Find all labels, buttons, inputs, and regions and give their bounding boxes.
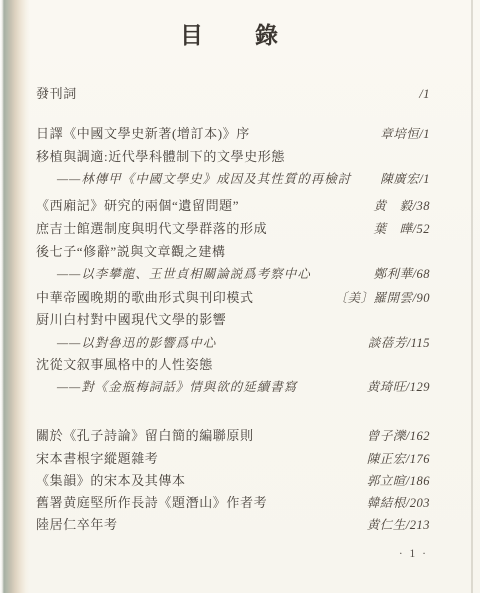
toc-entry-subtitle: ——對《金瓶梅詞話》情與欲的延續書寫 — [57, 379, 297, 396]
toc-entry-subtitle: ——以對魯迅的影響爲中心 — [57, 335, 216, 352]
toc-line: 《西廂記》研究的兩個“遺留問題” 黄 毅/38 — [36, 197, 430, 215]
toc-line: 宋本書根字縱題雜考 陳正宏/176 — [36, 450, 430, 468]
toc-entry-author-page: 陳廣宏/1 — [380, 171, 430, 188]
toc-entry-title: 沈從文叙事風格中的人性姿態 — [36, 356, 213, 373]
toc-line: 沈從文叙事風格中的人性姿態 — [36, 356, 430, 373]
toc-line: 庶吉士館選制度與明代文學群落的形成 葉 曄/52 — [36, 220, 430, 238]
toc-line: 舊署黄庭堅所作長詩《題潛山》作者考 韓結根/203 — [36, 494, 430, 512]
toc-entry-subtitle: ——林傳甲《中國文學史》成因及其性質的再檢討 — [57, 171, 351, 188]
toc-line: 後七子“修辭”説與文章觀之建構 — [36, 243, 430, 260]
toc-entry-title: 移植與調適:近代學科體制下的文學史形態 — [36, 148, 285, 165]
scan-right-edge — [471, 0, 473, 593]
toc-entry-author-page: 韓結根/203 — [367, 495, 430, 512]
toc-entry-title: 《集韻》的宋本及其傳本 — [36, 472, 186, 489]
toc-entry-author-page: 葉 曄/52 — [374, 221, 430, 238]
toc-entry-title: 厨川白村對中國現代文學的影響 — [36, 311, 226, 328]
toc-entry-author-page: 曾子濼/162 — [367, 428, 430, 445]
scanned-toc-page: 目 錄 發刊詞 /1 日譯《中國文學史新著(增訂本)》序 章培恒/1 移植與調適… — [0, 0, 480, 593]
toc-entry-title: 關於《孔子詩論》留白簡的編聯原則 — [36, 427, 254, 444]
toc-entry-subtitle: ——以李攀龍、王世貞相關論説爲考察中心 — [57, 266, 311, 283]
toc-entry-title: 《西廂記》研究的兩個“遺留問題” — [36, 197, 239, 214]
toc-entry-author-page: 陳正宏/176 — [367, 451, 430, 468]
toc-entry-author-page: 章培恒/1 — [380, 126, 430, 143]
toc-line-subtitle: ——以李攀龍、王世貞相關論説爲考察中心 鄭利華/68 — [57, 266, 430, 283]
toc-entry-author-page: /1 — [419, 86, 430, 103]
toc-line: 中華帝國晚期的歌曲形式與刊印模式 〔美〕羅開雲/90 — [36, 289, 430, 307]
toc-entry-author-page: 黄仁生/213 — [367, 517, 430, 534]
toc-entry-author-page: 〔美〕羅開雲/90 — [335, 290, 430, 307]
toc-entry-title: 陸居仁卒年考 — [36, 516, 118, 533]
toc-line: 《集韻》的宋本及其傳本 郭立暄/186 — [36, 472, 430, 490]
toc-line: 厨川白村對中國現代文學的影響 — [36, 311, 430, 328]
toc-entry-title: 宋本書根字縱題雜考 — [36, 450, 158, 467]
toc-line: 移植與調適:近代學科體制下的文學史形態 — [36, 148, 430, 165]
toc-entry-title: 舊署黄庭堅所作長詩《題潛山》作者考 — [36, 494, 267, 511]
toc-entry-author-page: 談蓓芳/115 — [368, 335, 430, 352]
toc-entry-title: 後七子“修辭”説與文章觀之建構 — [36, 243, 226, 260]
toc-line: 陸居仁卒年考 黄仁生/213 — [36, 516, 430, 534]
toc-entry-title: 日譯《中國文學史新著(增訂本)》序 — [36, 125, 250, 142]
toc-entry-title: 中華帝國晚期的歌曲形式與刊印模式 — [36, 289, 254, 306]
toc-line: 發刊詞 /1 — [36, 85, 430, 103]
toc-line: 日譯《中國文學史新著(增訂本)》序 章培恒/1 — [36, 125, 430, 143]
toc-entry-author-page: 黄琦旺/129 — [367, 379, 430, 396]
page-title: 目 錄 — [0, 17, 460, 50]
page-number: · 1 · — [399, 548, 428, 560]
toc-entry-author-page: 郭立暄/186 — [367, 473, 430, 490]
toc-entry-author-page: 鄭利華/68 — [374, 266, 430, 283]
toc-line-subtitle: ——以對魯迅的影響爲中心 談蓓芳/115 — [57, 335, 430, 352]
toc-line-subtitle: ——對《金瓶梅詞話》情與欲的延續書寫 黄琦旺/129 — [57, 379, 430, 396]
toc-entry-title: 庶吉士館選制度與明代文學群落的形成 — [36, 220, 267, 237]
toc-line: 關於《孔子詩論》留白簡的編聯原則 曾子濼/162 — [36, 427, 430, 445]
toc-line-subtitle: ——林傳甲《中國文學史》成因及其性質的再檢討 陳廣宏/1 — [57, 171, 430, 188]
toc-entry-author-page: 黄 毅/38 — [374, 198, 430, 215]
book-spine-edge — [0, 0, 30, 593]
toc-entry-title: 發刊詞 — [36, 85, 77, 102]
